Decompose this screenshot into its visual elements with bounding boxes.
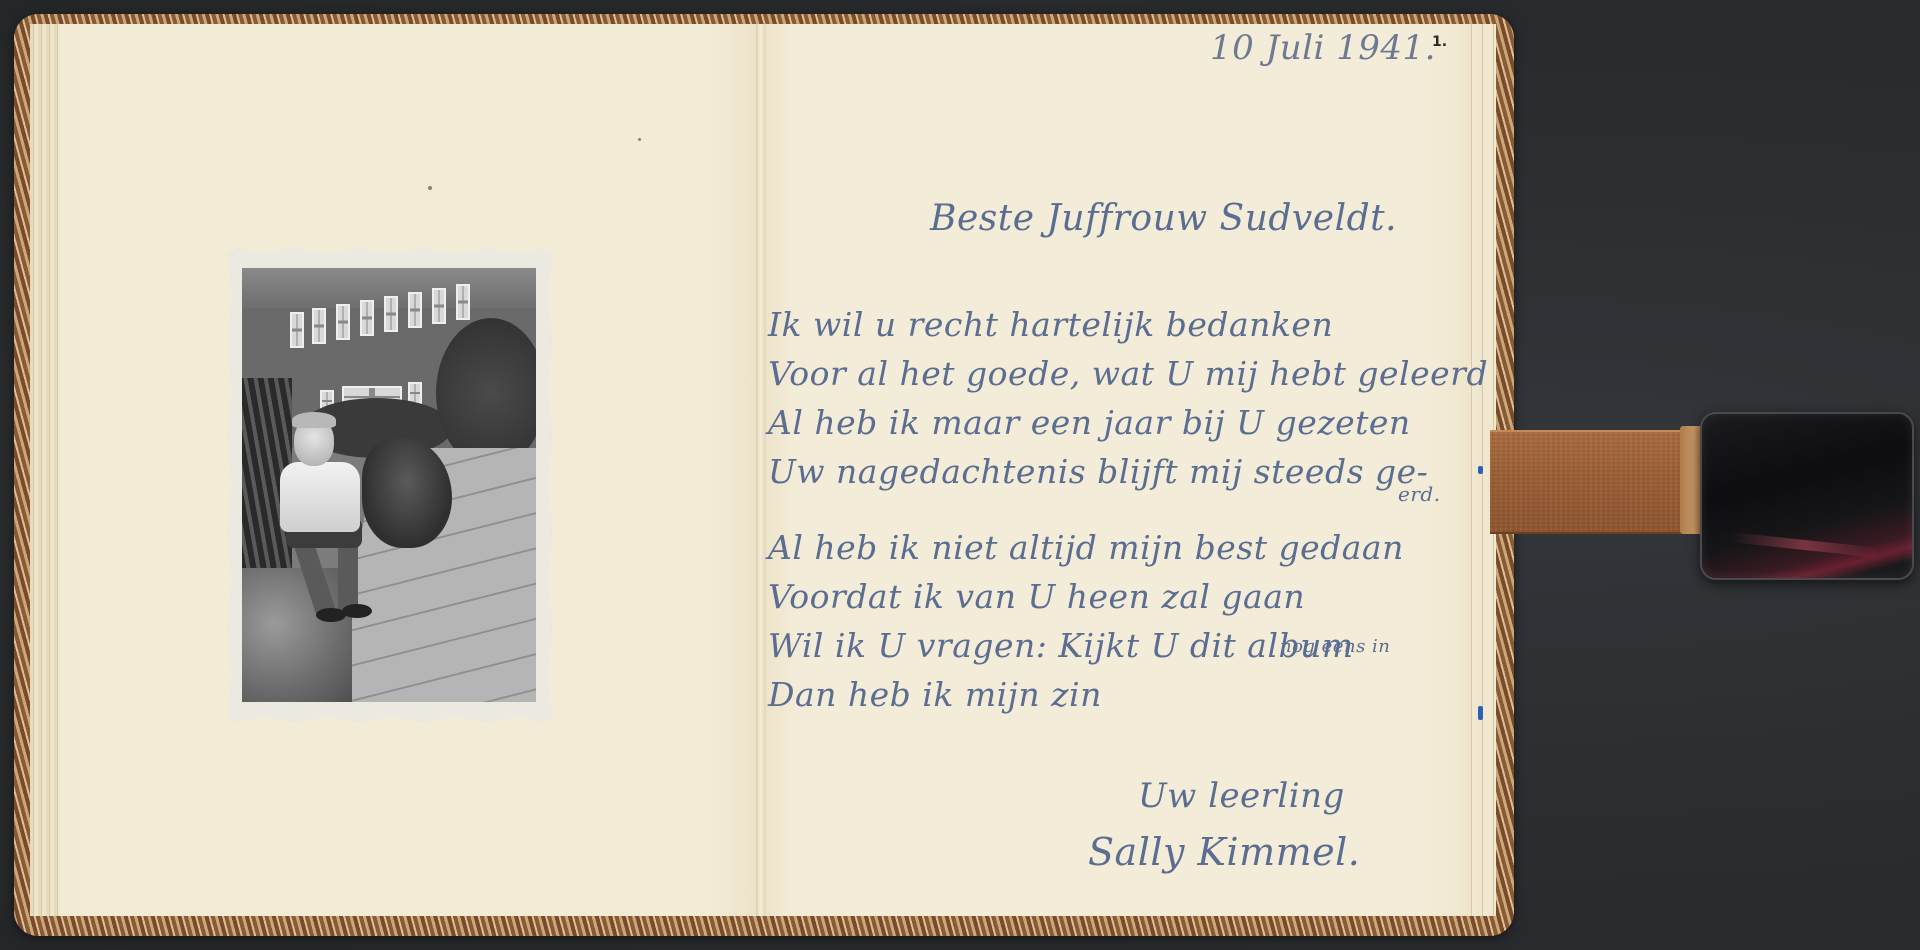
photo-window [384,296,398,332]
photo-boy-shirt [280,462,360,532]
poem-line: Voordat ik van U heen zal gaan [768,572,1488,621]
photo-window [336,304,350,340]
paper-speck [638,138,641,141]
book-gutter [756,24,766,916]
paper-speck [428,186,432,190]
left-page-edges [30,24,60,916]
photo-window [290,312,304,348]
leather-strap[interactable] [1490,430,1694,534]
ink-mark [1478,466,1483,474]
photo-image-boy-sitting [242,268,536,702]
poem-line: Dan heb ik mijn zin [768,670,1488,719]
poem-line: Voor al het goede, wat U mij hebt geleer… [768,349,1488,398]
photo-ground-cover [242,568,352,702]
handwritten-closing: Uw leerling [1138,776,1345,816]
photo-window [312,308,326,344]
handwritten-salutation: Beste Juffrouw Sudveldt. [930,198,1397,239]
poem-line: Al heb ik maar een jaar bij U gezeten [768,398,1488,447]
photo-window [432,288,446,324]
poem-line-continuation: erd. [768,483,1488,523]
photo-boy-shoe [342,604,372,618]
poem-line: Al heb ik niet altijd mijn best gedaan [768,523,1488,572]
metal-clasp[interactable] [1700,412,1914,580]
photo-bush [436,318,536,468]
ink-mark [1478,706,1483,720]
photograph [228,248,552,722]
photo-boy-hair [292,412,336,428]
handwritten-date: 10 Juli 1941. [1210,28,1436,68]
photo-window [408,292,422,328]
poem-line: Ik wil u recht hartelijk bedanken [768,300,1488,349]
photo-window [456,284,470,320]
poem-insertion: nog eens in [1280,636,1390,657]
photo-window [360,300,374,336]
handwritten-signature: Sally Kimmel. [1088,830,1360,874]
poem-line: Uw nagedachtenis blijft mij steeds ge- [768,447,1488,483]
